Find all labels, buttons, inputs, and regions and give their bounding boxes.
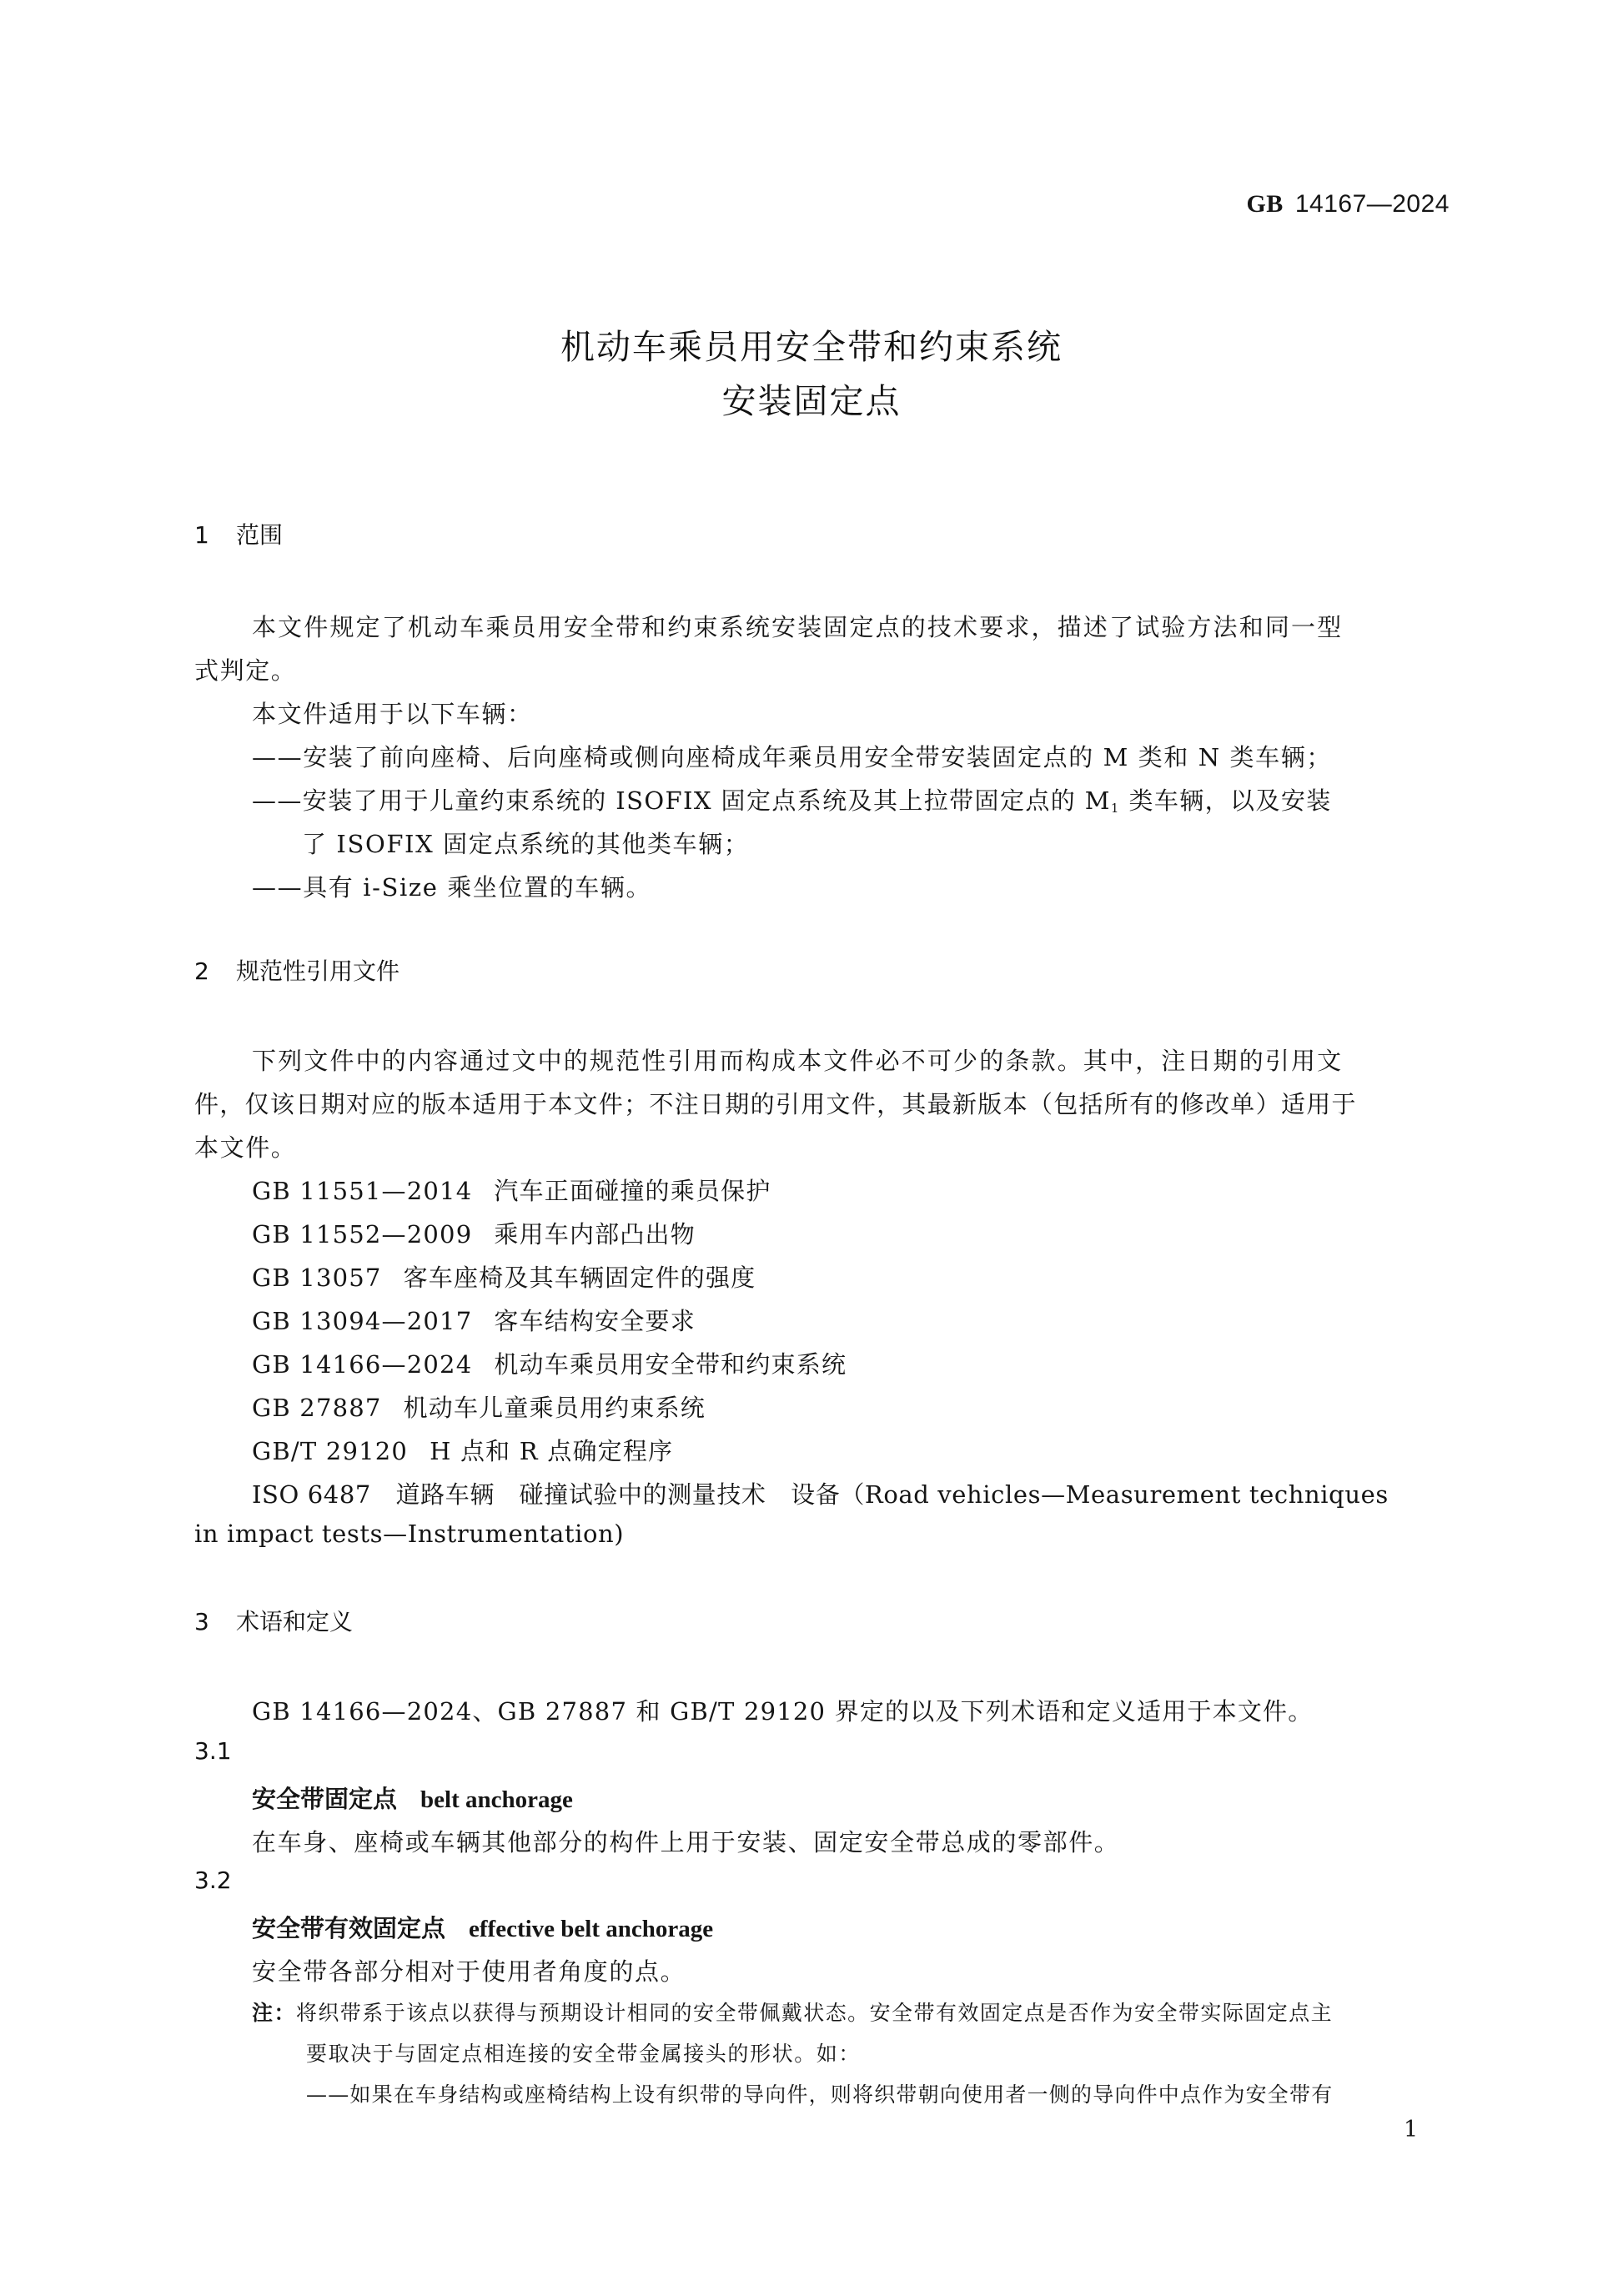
reference-item: GB 11551—2014汽车正面碰撞的乘员保护 [252, 1173, 771, 1207]
term-heading: 安全带有效固定点effective belt anchorage [252, 1910, 713, 1944]
reference-code: GB 14166—2024 [252, 1350, 472, 1379]
reference-code: GB 11551—2014 [252, 1177, 472, 1205]
term-note-line2: 要取决于与固定点相连接的安全带金属接头的形状。如： [306, 2037, 861, 2067]
term-note-line1: 注：将织带系于该点以获得与预期设计相同的安全带佩戴状态。安全带有效固定点是否作为… [252, 1997, 1333, 2027]
scope-paragraph-line2: 式判定。 [194, 652, 296, 686]
normative-ref-paragraph-line3: 本文件。 [194, 1129, 296, 1163]
section-title: 规范性引用文件 [236, 957, 399, 985]
term-note-line3: ——如果在车身结构或座椅结构上设有织带的导向件，则将织带朝向使用者一侧的导向件中… [306, 2078, 1333, 2108]
document-title-line1: 机动车乘员用安全带和约束系统 [0, 319, 1623, 369]
standard-code: 14167—2024 [1295, 190, 1450, 218]
section-3-heading: 3术语和定义 [194, 1604, 353, 1637]
reference-item: GB/T 29120H 点和 R 点确定程序 [252, 1433, 673, 1467]
section-1-heading: 1范围 [194, 517, 283, 550]
reference-iso-line1: ISO 6487 道路车辆 碰撞试验中的测量技术 设备（Road vehicle… [252, 1476, 1389, 1510]
page-number: 1 [1404, 2117, 1418, 2143]
subscript: 1 [1111, 801, 1120, 816]
reference-title: 客车座椅及其车辆固定件的强度 [404, 1264, 756, 1292]
reference-item: GB 11552—2009乘用车内部凸出物 [252, 1216, 696, 1250]
reference-title: 机动车儿童乘员用约束系统 [404, 1394, 706, 1422]
section-number: 3 [194, 1608, 236, 1635]
term-zh: 安全带有效固定点 [252, 1914, 445, 1942]
scope-list-item-1: ——安装了前向座椅、后向座椅或侧向座椅成年乘员用安全带安装固定点的 M 类和 N… [252, 739, 1332, 773]
standard-number-header: GB14167—2024 [1246, 190, 1450, 219]
note-label: 注： [252, 2001, 296, 2025]
reference-code: GB 11552—2009 [252, 1220, 472, 1248]
terms-intro: GB 14166—2024、GB 27887 和 GB/T 29120 界定的以… [252, 1693, 1313, 1727]
scope-applicability: 本文件适用于以下车辆： [252, 696, 533, 730]
term-en: effective belt anchorage [469, 1916, 713, 1942]
section-2-heading: 2规范性引用文件 [194, 953, 399, 987]
reference-item: GB 27887机动车儿童乘员用约束系统 [252, 1389, 706, 1424]
reference-code: GB/T 29120 [252, 1437, 408, 1465]
reference-item: GB 13057客车座椅及其车辆固定件的强度 [252, 1259, 756, 1294]
term-heading: 安全带固定点belt anchorage [252, 1781, 573, 1815]
scope-paragraph-line1: 本文件规定了机动车乘员用安全带和约束系统安装固定点的技术要求，描述了试验方法和同… [252, 609, 1343, 643]
section-title: 术语和定义 [236, 1608, 353, 1635]
scope-list-item-3: ——具有 i-Size 乘坐位置的车辆。 [252, 869, 651, 903]
reference-iso-line2: in impact tests—Instrumentation) [194, 1520, 624, 1548]
reference-title: 客车结构安全要求 [494, 1307, 696, 1335]
standard-prefix: GB [1246, 190, 1283, 218]
scope-list-item-2-cont: 了 ISOFIX 固定点系统的其他类车辆； [302, 826, 749, 860]
item-text-tail: 类车辆，以及安装 [1120, 786, 1332, 815]
reference-title: 乘用车内部凸出物 [494, 1220, 696, 1248]
reference-title: H 点和 R 点确定程序 [430, 1437, 673, 1465]
normative-ref-paragraph-line1: 下列文件中的内容通过文中的规范性引用而构成本文件必不可少的条款。其中，注日期的引… [252, 1042, 1343, 1077]
scope-list-item-2: ——安装了用于儿童约束系统的 ISOFIX 固定点系统及其上拉带固定点的 M1 … [252, 782, 1332, 816]
term-definition: 安全带各部分相对于使用者角度的点。 [252, 1953, 686, 1987]
term-en: belt anchorage [420, 1786, 573, 1813]
reference-title: 汽车正面碰撞的乘员保护 [494, 1177, 771, 1205]
term-number: 3.2 [194, 1866, 232, 1894]
reference-item: GB 13094—2017客车结构安全要求 [252, 1303, 696, 1337]
reference-item: GB 14166—2024机动车乘员用安全带和约束系统 [252, 1346, 847, 1380]
section-number: 1 [194, 521, 236, 549]
reference-code: GB 27887 [252, 1394, 382, 1422]
section-title: 范围 [236, 521, 283, 549]
normative-ref-paragraph-line2: 件，仅该日期对应的版本适用于本文件；不注日期的引用文件，其最新版本（包括所有的修… [194, 1086, 1357, 1120]
term-number: 3.1 [194, 1737, 232, 1765]
reference-title: 机动车乘员用安全带和约束系统 [494, 1350, 847, 1379]
reference-code: GB 13094—2017 [252, 1307, 472, 1335]
document-title-line2: 安装固定点 [0, 374, 1623, 423]
term-definition: 在车身、座椅或车辆其他部分的构件上用于安装、固定安全带总成的零部件。 [252, 1824, 1119, 1858]
reference-code: GB 13057 [252, 1264, 382, 1292]
note-text: 将织带系于该点以获得与预期设计相同的安全带佩戴状态。安全带有效固定点是否作为安全… [296, 2001, 1333, 2025]
term-zh: 安全带固定点 [252, 1785, 397, 1813]
item-text: ——安装了用于儿童约束系统的 ISOFIX 固定点系统及其上拉带固定点的 M [252, 786, 1111, 815]
section-number: 2 [194, 957, 236, 985]
